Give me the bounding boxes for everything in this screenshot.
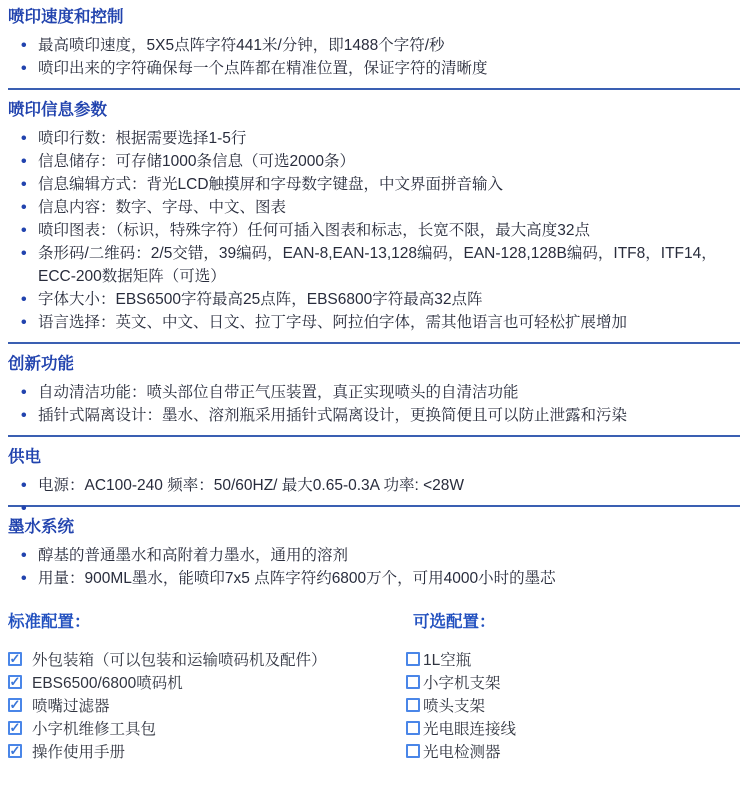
section-innovation: 创新功能 自动清洁功能：喷头部位自带正气压装置，真正实现喷头的自清洁功能 插针式… (8, 354, 740, 427)
bullet-list: 醇基的普通墨水和高附着力墨水，通用的溶剂 用量：900ML墨水，能喷印7x5 点… (8, 544, 740, 590)
bullet-list: 自动清洁功能：喷头部位自带正气压装置，真正实现喷头的自清洁功能 插针式隔离设计：… (8, 381, 740, 427)
checkbox-unchecked-icon[interactable] (406, 744, 420, 758)
checkbox-checked-icon[interactable]: ✓ (8, 652, 22, 666)
spec-bullet: 自动清洁功能：喷头部位自带正气压装置，真正实现喷头的自清洁功能 (8, 381, 740, 404)
section-divider (8, 342, 740, 344)
checkbox-checked-icon[interactable]: ✓ (8, 721, 22, 735)
spec-bullet: 喷印行数：根据需要选择1-5行 (8, 127, 740, 150)
config-item-label: 光电眼连接线 (423, 717, 516, 739)
spec-bullet: 电源：AC100-240 频率：50/60HZ/ 最大0.65-0.3A 功率:… (8, 474, 740, 497)
standard-config-title: 标准配置： (8, 612, 406, 632)
checkbox-unchecked-icon[interactable] (406, 652, 420, 666)
config-item: 光电眼连接线 (406, 716, 740, 739)
standard-config-list: ✓ 外包装箱（可以包装和运输喷码机及配件） ✓ EBS6500/6800喷码机 … (8, 647, 406, 762)
config-item-label: 光电检测器 (423, 740, 501, 762)
config-item-label: 小字机维修工具包 (32, 717, 156, 739)
section-title: 创新功能 (8, 354, 740, 374)
section-title: 喷印信息参数 (8, 100, 740, 120)
section-print-info: 喷印信息参数 喷印行数：根据需要选择1-5行 信息储存：可存储1000条信息（可… (8, 100, 740, 334)
spec-bullet: 用量：900ML墨水，能喷印7x5 点阵字符约6800万个，可用4000小时的墨… (8, 567, 740, 590)
checkbox-checked-icon[interactable]: ✓ (8, 675, 22, 689)
checkbox-unchecked-icon[interactable] (406, 698, 420, 712)
optional-config-column: 可选配置： 1L空瓶 小字机支架 喷头支架 光电眼连接线 (406, 612, 740, 762)
spec-bullet: 醇基的普通墨水和高附着力墨水，通用的溶剂 (8, 544, 740, 567)
config-item: 小字机支架 (406, 670, 740, 693)
section-divider (8, 505, 740, 507)
section-title: 墨水系统 (8, 517, 740, 537)
section-power: 供电 电源：AC100-240 频率：50/60HZ/ 最大0.65-0.3A … (8, 447, 740, 497)
spec-bullet: 最高喷印速度，5X5点阵字符441米/分钟，即1488个字符/秒 (8, 34, 740, 57)
config-item: ✓ 操作使用手册 (8, 739, 406, 762)
config-item-label: 外包装箱（可以包装和运输喷码机及配件） (32, 648, 327, 670)
checkbox-checked-icon[interactable]: ✓ (8, 698, 22, 712)
section-title: 供电 (8, 447, 740, 467)
section-divider (8, 435, 740, 437)
config-item: 喷头支架 (406, 693, 740, 716)
bullet-list: 电源：AC100-240 频率：50/60HZ/ 最大0.65-0.3A 功率:… (8, 474, 740, 497)
spec-bullet: 喷印出来的字符确保每一个点阵都在精准位置，保证字符的清晰度 (8, 57, 740, 80)
standard-config-column: 标准配置： ✓ 外包装箱（可以包装和运输喷码机及配件） ✓ EBS6500/68… (8, 612, 406, 762)
section-print-speed: 喷印速度和控制 最高喷印速度，5X5点阵字符441米/分钟，即1488个字符/秒… (8, 7, 740, 80)
config-item-label: 1L空瓶 (423, 648, 471, 670)
bullet-list: 喷印行数：根据需要选择1-5行 信息储存：可存储1000条信息（可选2000条）… (8, 127, 740, 334)
config-item-label: EBS6500/6800喷码机 (32, 671, 183, 693)
optional-config-list: 1L空瓶 小字机支架 喷头支架 光电眼连接线 光电检测器 (406, 647, 740, 762)
section-title: 喷印速度和控制 (8, 7, 740, 27)
config-item-label: 喷嘴过滤器 (32, 694, 110, 716)
spec-bullet: 信息编辑方式：背光LCD触摸屏和字母数字键盘，中文界面拼音输入 (8, 173, 740, 196)
bullet-list: 最高喷印速度，5X5点阵字符441米/分钟，即1488个字符/秒 喷印出来的字符… (8, 34, 740, 80)
config-item: ✓ 外包装箱（可以包装和运输喷码机及配件） (8, 647, 406, 670)
spec-bullet: 语言选择：英文、中文、日文、拉丁字母、阿拉伯字体，需其他语言也可轻松扩展增加 (8, 311, 740, 334)
spec-bullet: 信息内容：数字、字母、中文、图表 (8, 196, 740, 219)
spec-bullet: 字体大小：EBS6500字符最高25点阵，EBS6800字符最高32点阵 (8, 288, 740, 311)
config-item-label: 喷头支架 (423, 694, 485, 716)
config-item: ✓ 喷嘴过滤器 (8, 693, 406, 716)
config-item: ✓ EBS6500/6800喷码机 (8, 670, 406, 693)
spec-bullet: 喷印图表：（标识，特殊字符）任何可插入图表和标志，长宽不限，最大高度32点 (8, 219, 740, 242)
config-item: 1L空瓶 (406, 647, 740, 670)
checkbox-unchecked-icon[interactable] (406, 675, 420, 689)
spec-sheet: 喷印速度和控制 最高喷印速度，5X5点阵字符441米/分钟，即1488个字符/秒… (0, 0, 750, 762)
checkbox-unchecked-icon[interactable] (406, 721, 420, 735)
config-item-label: 操作使用手册 (32, 740, 125, 762)
section-divider (8, 88, 740, 90)
config-item-label: 小字机支架 (423, 671, 501, 693)
spec-bullet: 信息储存：可存储1000条信息（可选2000条） (8, 150, 740, 173)
spec-bullet: 条形码/二维码：2/5交错，39编码，EAN-8,EAN-13,128编码，EA… (8, 242, 740, 288)
section-ink-system: 墨水系统 醇基的普通墨水和高附着力墨水，通用的溶剂 用量：900ML墨水，能喷印… (8, 517, 740, 590)
config-item: ✓ 小字机维修工具包 (8, 716, 406, 739)
spec-bullet: 插针式隔离设计：墨水、溶剂瓶采用插针式隔离设计，更换简便且可以防止泄露和污染 (8, 404, 740, 427)
configuration-area: 标准配置： ✓ 外包装箱（可以包装和运输喷码机及配件） ✓ EBS6500/68… (8, 612, 740, 762)
config-item: 光电检测器 (406, 739, 740, 762)
optional-config-title: 可选配置： (406, 612, 740, 632)
checkbox-checked-icon[interactable]: ✓ (8, 744, 22, 758)
